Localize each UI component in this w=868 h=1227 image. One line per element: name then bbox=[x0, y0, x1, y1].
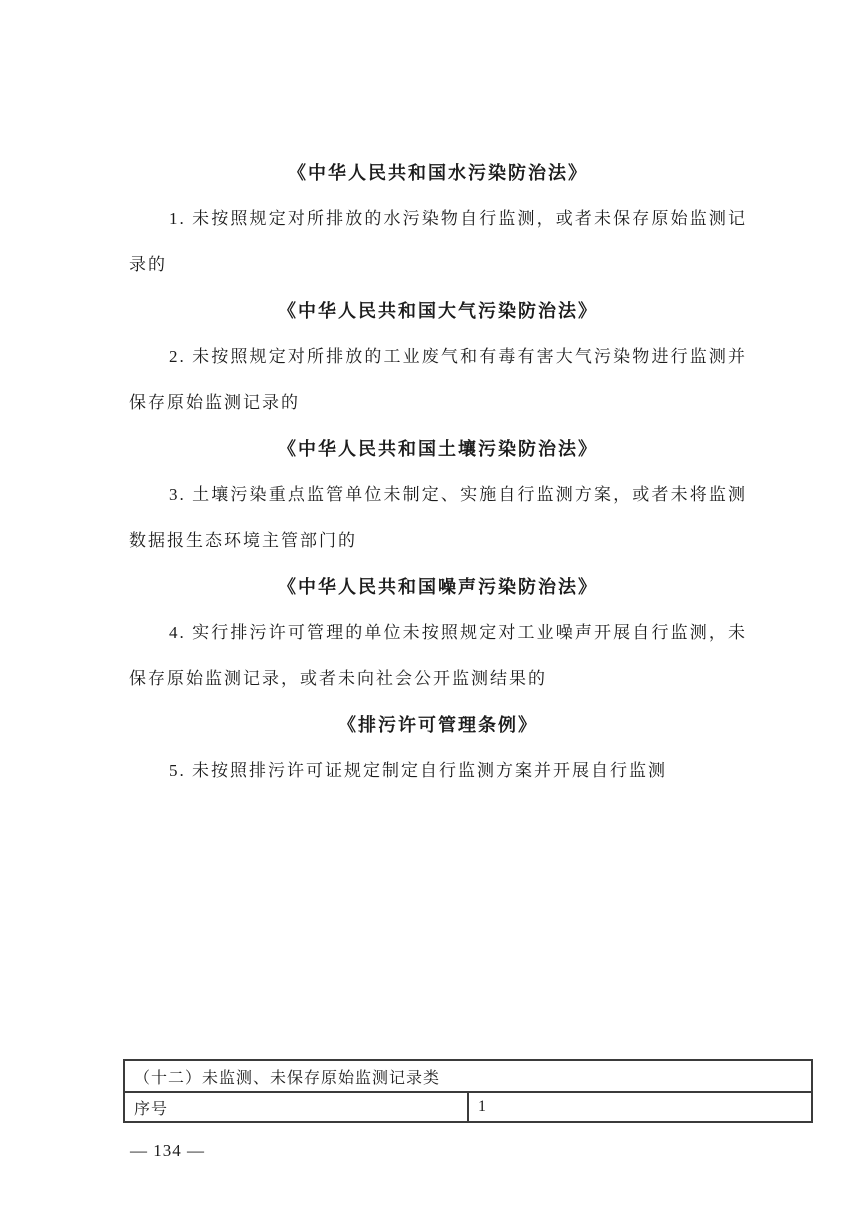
table-category-header: （十二）未监测、未保存原始监测记录类 bbox=[124, 1060, 812, 1092]
paragraph-4: 4. 实行排污许可管理的单位未按照规定对工业噪声开展自行监测，未保存原始监测记录… bbox=[129, 610, 747, 702]
row-label-cell: 序号 bbox=[124, 1092, 468, 1122]
page-number: — 134 — bbox=[130, 1141, 205, 1161]
paragraph-3: 3. 土壤污染重点监管单位未制定、实施自行监测方案，或者未将监测数据报生态环境主… bbox=[129, 472, 747, 564]
paragraph-5: 5. 未按照排污许可证规定制定自行监测方案并开展自行监测 bbox=[129, 748, 747, 794]
row-value-cell: 1 bbox=[468, 1092, 812, 1122]
table-row: 序号 1 bbox=[124, 1092, 812, 1122]
document-body: 《中华人民共和国水污染防治法》 1. 未按照规定对所排放的水污染物自行监测，或者… bbox=[129, 150, 747, 794]
violation-category-table: （十二）未监测、未保存原始监测记录类 序号 1 bbox=[123, 1059, 813, 1123]
law-title-air: 《中华人民共和国大气污染防治法》 bbox=[129, 288, 747, 334]
page-container: 《中华人民共和国水污染防治法》 1. 未按照规定对所排放的水污染物自行监测，或者… bbox=[0, 0, 868, 1227]
table-category-row: （十二）未监测、未保存原始监测记录类 bbox=[124, 1060, 812, 1092]
law-title-soil: 《中华人民共和国土壤污染防治法》 bbox=[129, 426, 747, 472]
law-title-water: 《中华人民共和国水污染防治法》 bbox=[129, 150, 747, 196]
paragraph-2: 2. 未按照规定对所排放的工业废气和有毒有害大气污染物进行监测并保存原始监测记录… bbox=[129, 334, 747, 426]
law-title-noise: 《中华人民共和国噪声污染防治法》 bbox=[129, 564, 747, 610]
paragraph-1: 1. 未按照规定对所排放的水污染物自行监测，或者未保存原始监测记录的 bbox=[129, 196, 747, 288]
law-title-permit-regulation: 《排污许可管理条例》 bbox=[129, 702, 747, 748]
